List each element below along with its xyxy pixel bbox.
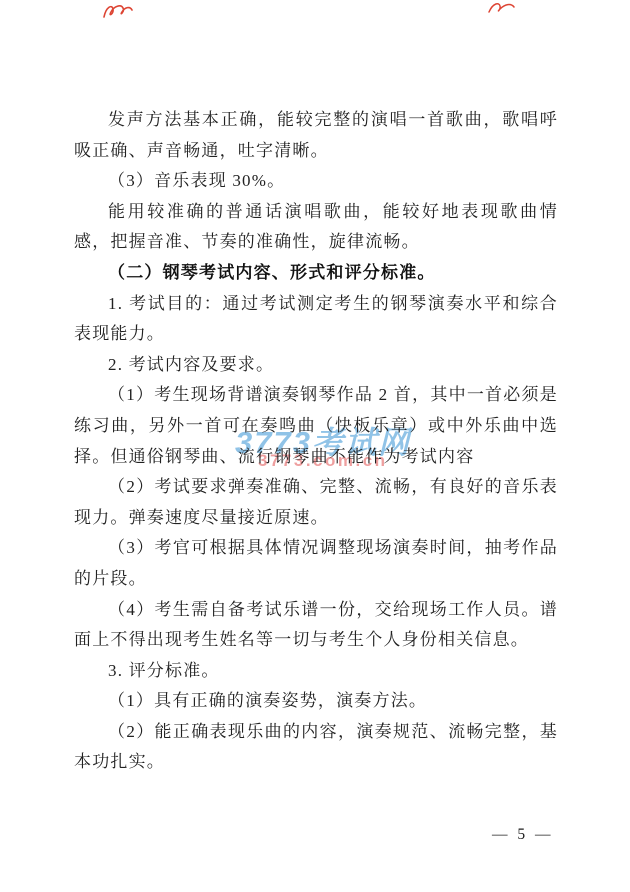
- paragraph: （3）考官可根据具体情况调整现场演奏时间，抽考作品的片段。: [74, 533, 558, 594]
- red-ink-scribble-left-icon: [101, 2, 135, 22]
- paragraph: （1）考生现场背谱演奏钢琴作品 2 首，其中一首必须是练习曲，另外一首可在奏鸣曲…: [74, 380, 558, 472]
- paragraph: （1）具有正确的演奏姿势，演奏方法。: [74, 686, 558, 717]
- paragraph: 发声方法基本正确，能较完整的演唱一首歌曲，歌唱呼吸正确、声音畅通，吐字清晰。: [74, 105, 558, 166]
- page-number: — 5 —: [492, 826, 554, 844]
- document-page: 3773考试网 3773.com.cn 发声方法基本正确，能较完整的演唱一首歌曲…: [0, 0, 630, 892]
- paragraph: （3）音乐表现 30%。: [74, 166, 558, 197]
- paragraph: （4）考生需自备考试乐谱一份，交给现场工作人员。谱面上不得出现考生姓名等一切与考…: [74, 595, 558, 656]
- paragraph: （2）能正确表现乐曲的内容，演奏规范、流畅完整，基本功扎实。: [74, 717, 558, 778]
- paragraph: （2）考试要求弹奏准确、完整、流畅，有良好的音乐表现力。弹奏速度尽量接近原速。: [74, 472, 558, 533]
- paragraph: 能用较准确的普通话演唱歌曲，能较好地表现歌曲情感，把握音准、节奏的准确性，旋律流…: [74, 197, 558, 258]
- paragraph: 1. 考试目的：通过考试测定考生的钢琴演奏水平和综合表现能力。: [74, 289, 558, 350]
- red-ink-scribble-right-icon: [487, 0, 517, 17]
- paragraph: （二）钢琴考试内容、形式和评分标准。: [74, 258, 558, 289]
- paragraph: 2. 考试内容及要求。: [74, 350, 558, 381]
- paragraph: 3. 评分标准。: [74, 656, 558, 687]
- document-body: 发声方法基本正确，能较完整的演唱一首歌曲，歌唱呼吸正确、声音畅通，吐字清晰。（3…: [74, 105, 558, 778]
